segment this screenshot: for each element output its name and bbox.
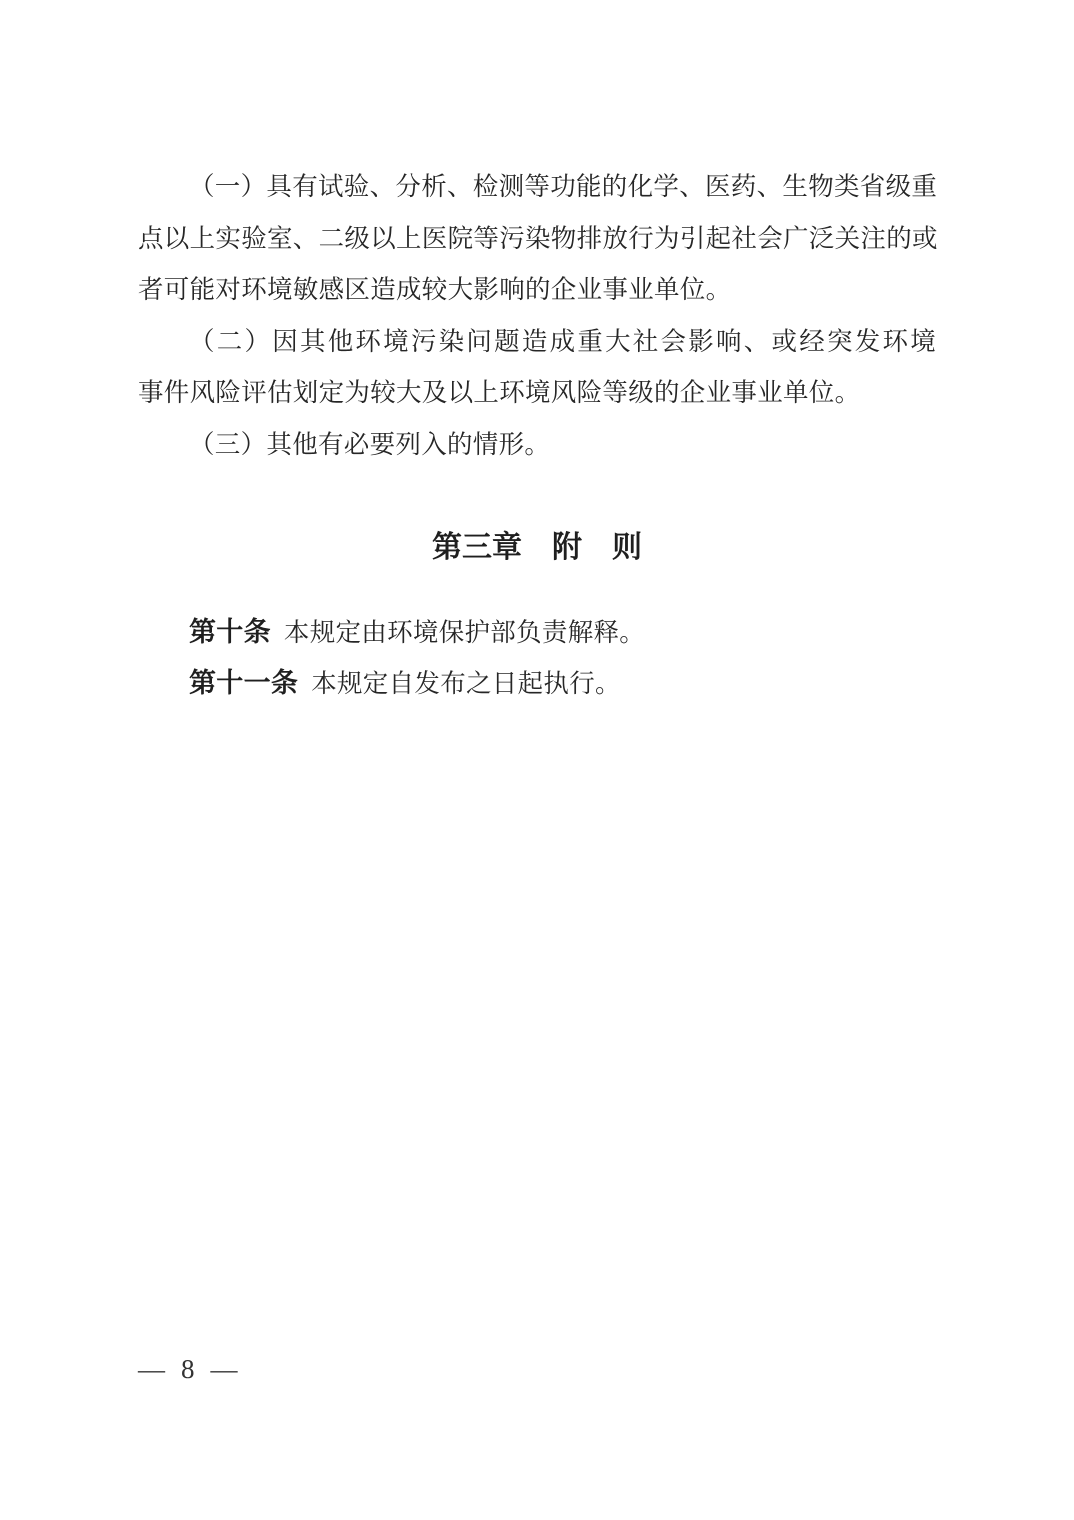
document-body: （一）具有试验、分析、检测等功能的化学、医药、生物类省级重 点以上实验室、二级以…: [0, 0, 1074, 710]
article-text: 本规定由环境保护部负责解释。: [284, 618, 645, 647]
page-number: 8: [181, 1354, 195, 1385]
body-text-line: （一）具有试验、分析、检测等功能的化学、医药、生物类省级重: [138, 161, 936, 213]
footer-dash-left: —: [138, 1354, 165, 1385]
footer-dash-right: —: [211, 1354, 238, 1385]
body-text-line: （三）其他有必要列入的情形。: [138, 419, 936, 471]
document-page: （一）具有试验、分析、检测等功能的化学、医药、生物类省级重 点以上实验室、二级以…: [0, 0, 1074, 1520]
body-text-line: （二）因其他环境污染问题造成重大社会影响、或经突发环境: [138, 316, 936, 368]
body-text-line: 者可能对环境敏感区造成较大影响的企业事业单位。: [138, 264, 936, 316]
article-text: 本规定自发布之日起执行。: [311, 669, 621, 698]
chapter-heading: 第三章 附 则: [138, 522, 936, 574]
article-paragraph: 第十条本规定由环境保护部负责解释。: [138, 607, 936, 659]
body-text-line: 点以上实验室、二级以上医院等污染物排放行为引起社会广泛关注的或: [138, 213, 936, 265]
article-number: 第十条: [189, 617, 271, 647]
numbered-items-section: （一）具有试验、分析、检测等功能的化学、医药、生物类省级重 点以上实验室、二级以…: [138, 161, 936, 471]
article-number: 第十一条: [189, 668, 298, 698]
articles-section: 第十条本规定由环境保护部负责解释。 第十一条本规定自发布之日起执行。: [138, 607, 936, 710]
body-text-line: 事件风险评估划定为较大及以上环境风险等级的企业事业单位。: [138, 367, 936, 419]
page-footer: — 8 —: [138, 1342, 238, 1396]
article-paragraph: 第十一条本规定自发布之日起执行。: [138, 658, 936, 710]
